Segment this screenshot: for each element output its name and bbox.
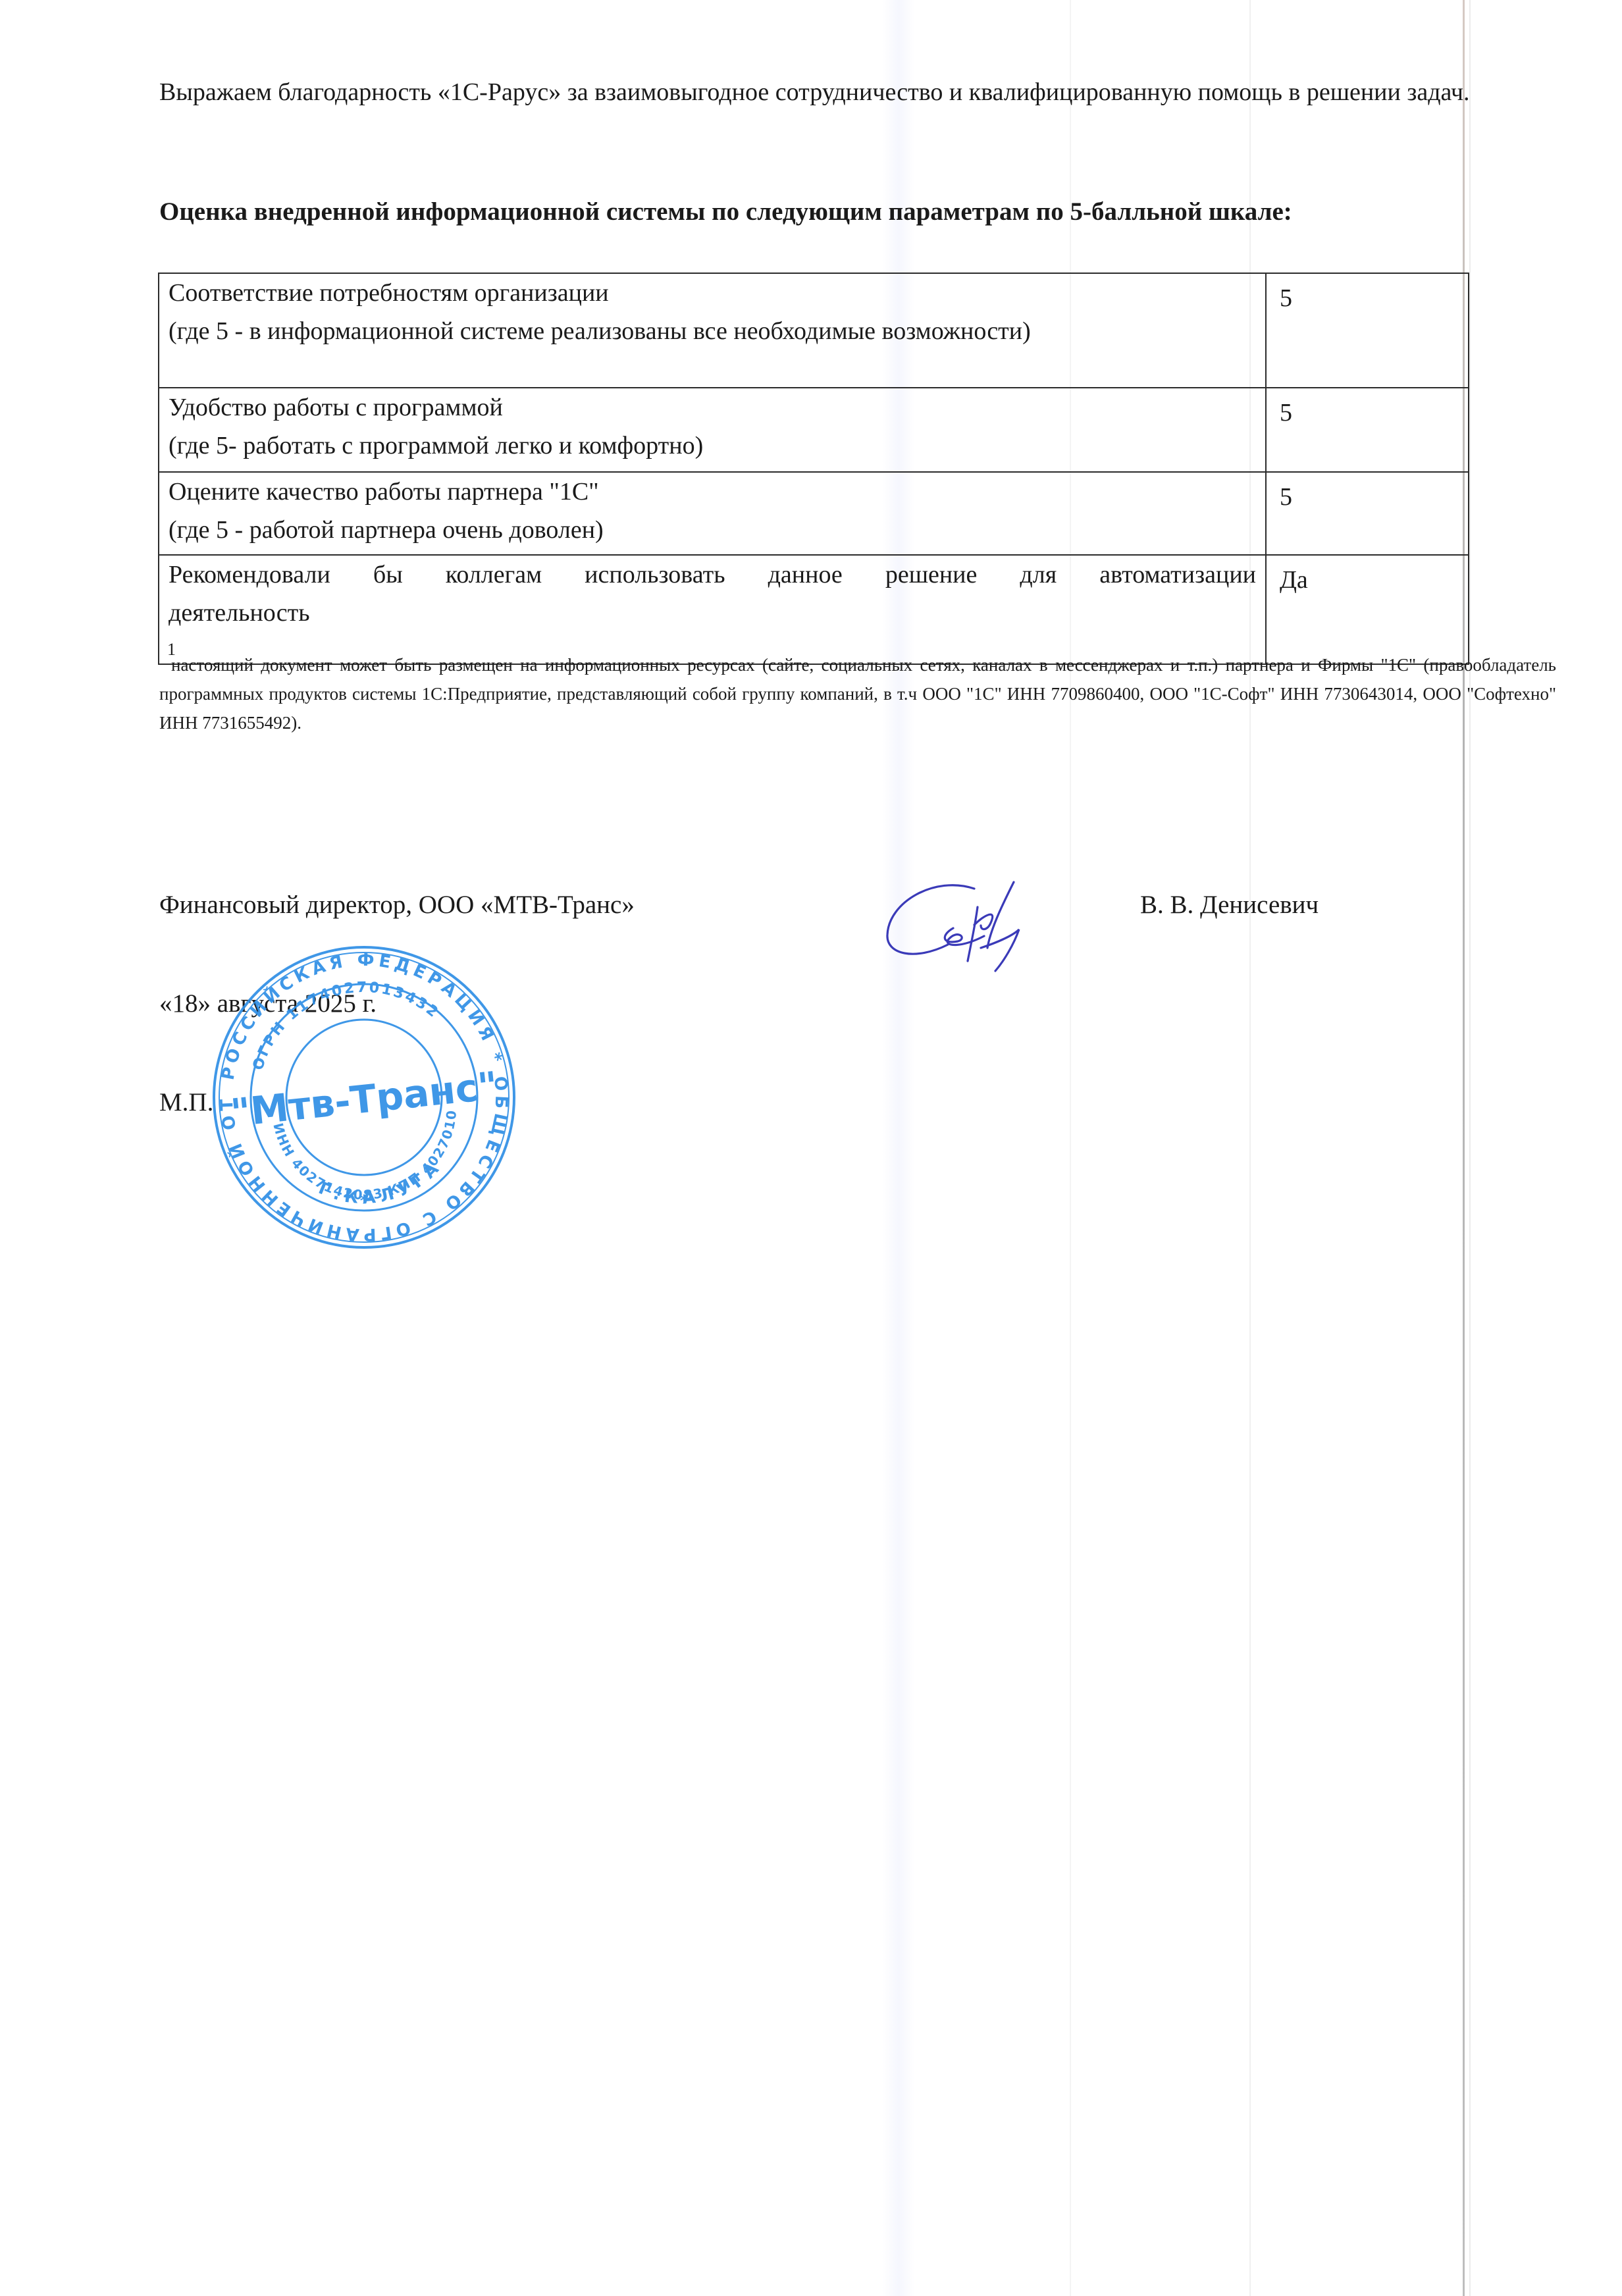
criterion-cell: Соответствие потребностям организации (г… — [159, 273, 1266, 388]
rating-value: 5 — [1266, 388, 1469, 472]
rating-heading: Оценка внедренной информационной системы… — [159, 191, 1292, 233]
footnote-text: настоящий документ может быть размещен н… — [159, 650, 1556, 737]
signer-name: В. В. Денисевич — [1140, 890, 1319, 920]
scan-streak — [1469, 0, 1471, 2296]
criterion-title: Соответствие потребностям организации — [169, 274, 1256, 312]
table-row: Рекомендовали бы коллегам использовать д… — [159, 555, 1469, 664]
criterion-title: Удобство работы с программой — [169, 388, 1256, 427]
criterion-note: (где 5 - работой партнера очень доволен) — [169, 511, 1256, 549]
table-row: Соответствие потребностям организации (г… — [159, 273, 1469, 388]
table-row: Оцените качество работы партнера "1С" (г… — [159, 472, 1469, 555]
svg-text:*: * — [360, 1191, 369, 1210]
criterion-note: деятельность — [169, 594, 1256, 632]
criterion-cell: Рекомендовали бы коллегам использовать д… — [159, 555, 1266, 664]
seal-placeholder-label: М.П. — [159, 1087, 213, 1117]
criterion-cell: Оцените качество работы партнера "1С" (г… — [159, 472, 1266, 555]
criterion-title: Рекомендовали бы коллегам использовать д… — [169, 556, 1256, 594]
intro-paragraph: Выражаем благодарность «1С-Рарус» за вза… — [159, 71, 1555, 113]
company-stamp: РОССИЙСКАЯ ФЕДЕРАЦИЯ * ОБЩЕСТВО С ОГРАНИ… — [209, 943, 519, 1252]
rating-value: Да — [1266, 555, 1469, 664]
criterion-note: (где 5 - в информационной системе реализ… — [169, 312, 1256, 350]
handwritten-signature — [876, 862, 1073, 981]
criterion-title: Оцените качество работы партнера "1С" — [169, 473, 1256, 511]
rating-table: Соответствие потребностям организации (г… — [158, 273, 1469, 665]
rating-value: 5 — [1266, 472, 1469, 555]
criterion-note: (где 5- работать с программой легко и ко… — [169, 427, 1256, 465]
stamp-company-name: "Мтв-Транс" — [228, 1063, 500, 1135]
criterion-cell: Удобство работы с программой (где 5- раб… — [159, 388, 1266, 472]
signer-position: Финансовый директор, ООО «МТВ-Транс» — [159, 890, 635, 920]
table-row: Удобство работы с программой (где 5- раб… — [159, 388, 1469, 472]
rating-value: 5 — [1266, 273, 1469, 388]
